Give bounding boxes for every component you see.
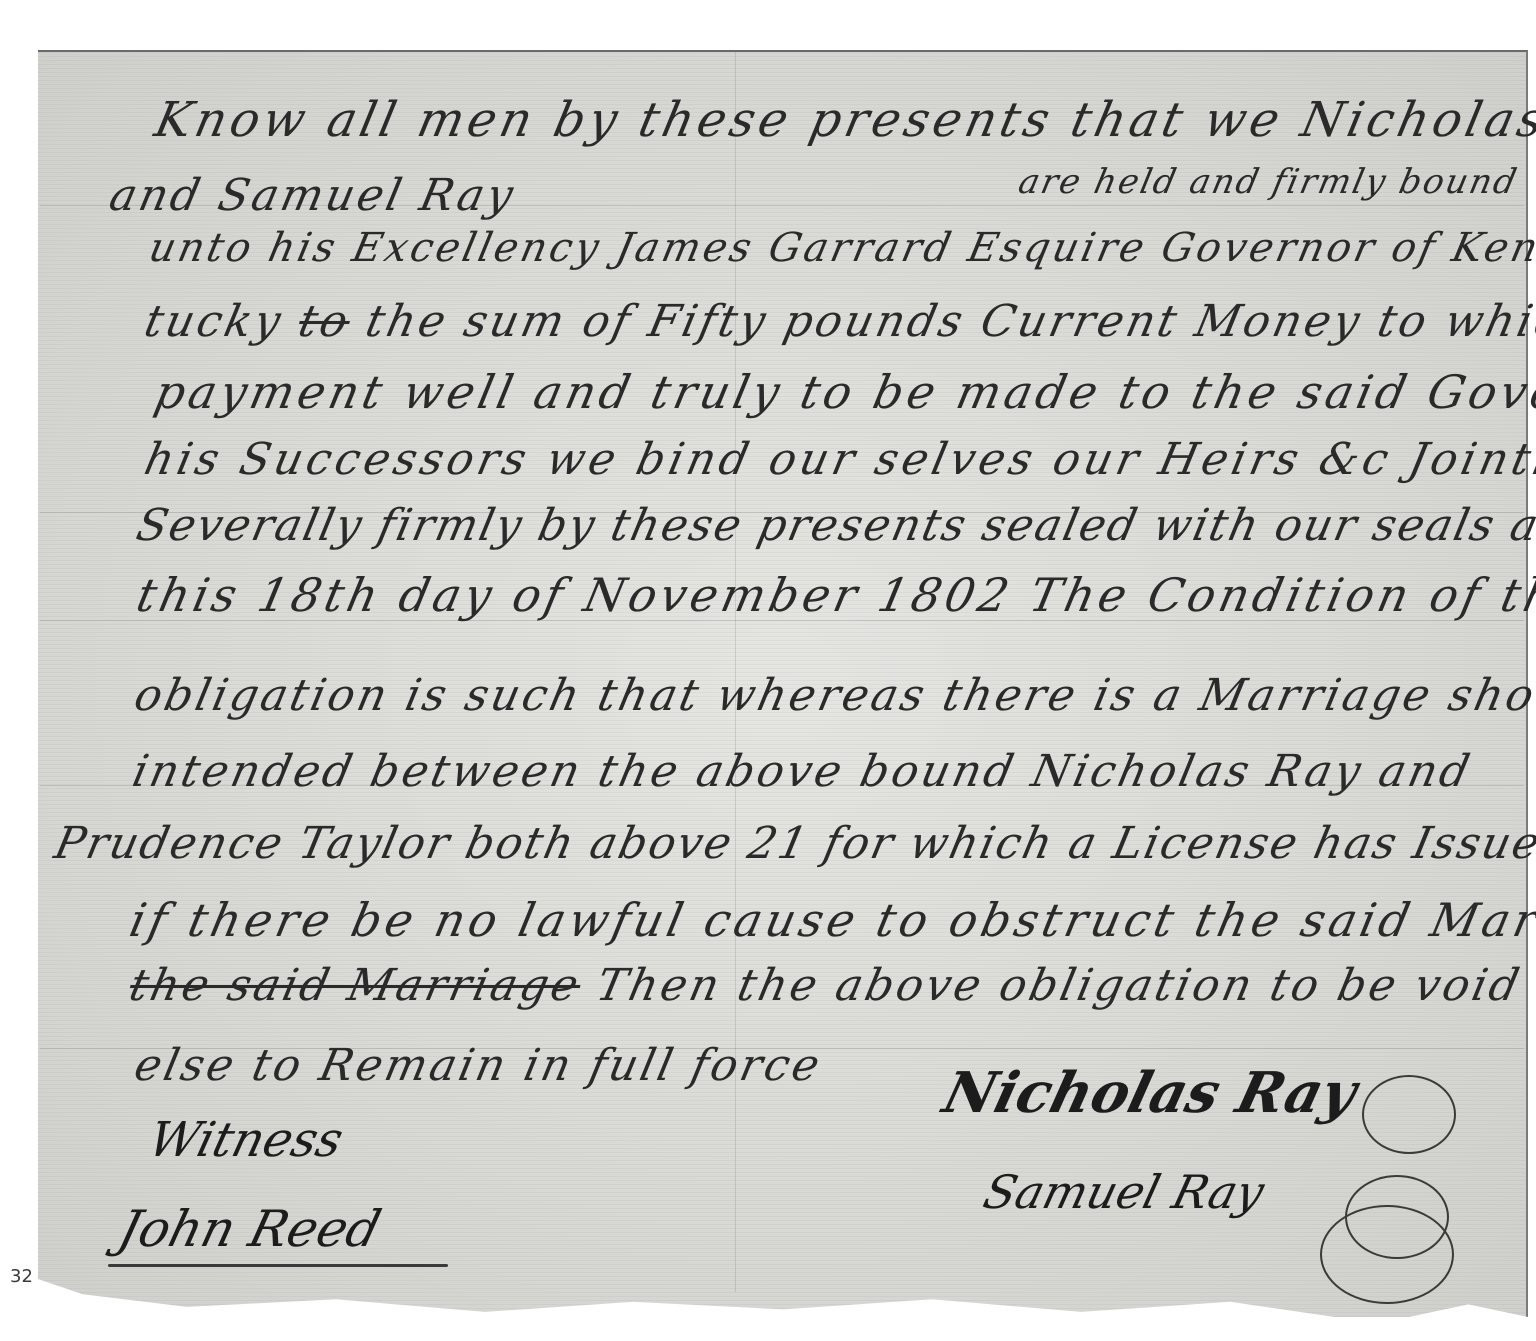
text-line-2: are held and firmly bound (1015, 162, 1522, 202)
text-line-14: the said Marriage Then the above obligat… (125, 960, 1536, 1011)
text-line-15: else to Remain in full force (130, 1040, 827, 1091)
text-line-3: and Samuel Ray (105, 170, 520, 221)
page-number: 32 (10, 1266, 33, 1287)
text-segment: Then the above obligation to be void or (575, 960, 1536, 1011)
text-line-7: his Successors we bind our selves our He… (140, 434, 1536, 485)
text-line-6: payment well and truly to be made to the… (150, 365, 1536, 419)
signature-underline (108, 1264, 448, 1267)
seal-icon (1362, 1075, 1456, 1154)
signature-nicholas-ray: Nicholas Ray (937, 1060, 1363, 1126)
text-line-12: Prudence Taylor both above 21 for which … (50, 818, 1536, 869)
witness-signature: John Reed (113, 1200, 387, 1258)
text-line-1: Know all men by these presents that we N… (150, 92, 1536, 148)
text-segment: the sum of Fifty pounds Current Money to… (344, 296, 1536, 347)
text-line-5: tucky to the sum of Fifty pounds Current… (140, 296, 1536, 347)
signature-samuel-ray: Samuel Ray (978, 1165, 1269, 1219)
text-line-9: this 18th day of November 1802 The Condi… (132, 568, 1536, 622)
witness-label: Witness (143, 1112, 349, 1168)
text-line-4: unto his Excellency James Garrard Esquir… (145, 225, 1536, 271)
struck-text: the said Marriage (125, 960, 586, 1011)
text-line-11: intended between the above bound Nichola… (128, 746, 1477, 797)
text-segment: tucky (140, 296, 305, 347)
text-line-10: obligation is such that whereas there is… (130, 670, 1536, 721)
seal-icon (1320, 1205, 1454, 1304)
text-line-8: Severally firmly by these presents seale… (132, 500, 1536, 551)
text-line-13: if there be no lawful cause to obstruct … (125, 893, 1536, 947)
